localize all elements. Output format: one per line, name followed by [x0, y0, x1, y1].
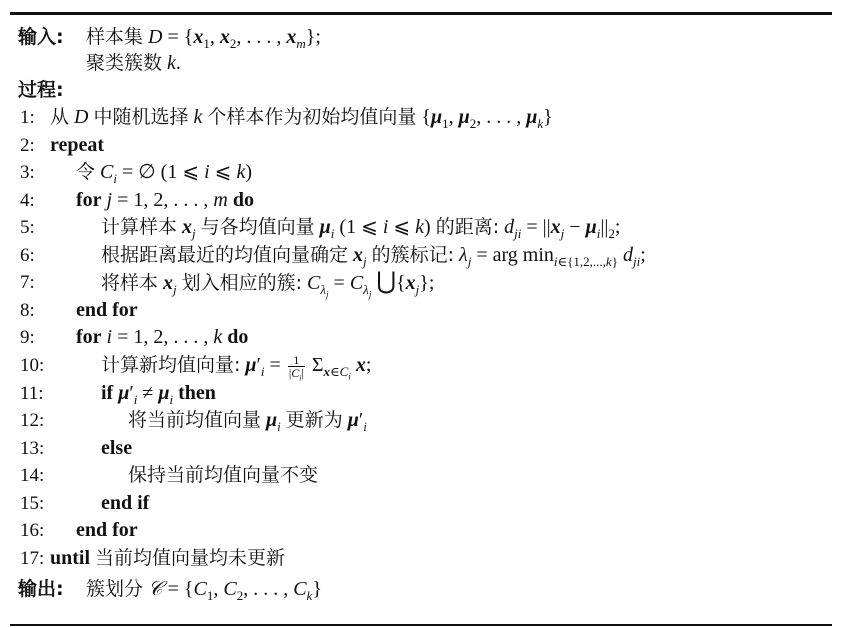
input-line-1: 输入: 样本集 D = {x1, x2, . . . , xm}; — [0, 24, 845, 51]
line-number: 16: — [20, 517, 44, 544]
line-number: 7: — [20, 269, 44, 296]
algo-line-17: 17: until 当前均值向量均未更新 — [0, 545, 845, 572]
input-label: 输入: — [18, 24, 64, 51]
top-rule — [10, 12, 832, 15]
line-number: 9: — [20, 324, 44, 351]
line-number: 6: — [20, 242, 44, 269]
line-number: 1: — [20, 104, 44, 131]
line-content: 计算样本 xj 与各均值向量 μi (1 ⩽ i ⩽ k) 的距离: dji =… — [101, 214, 620, 241]
line-number: 14: — [20, 462, 44, 489]
line-content: 计算新均值向量: μ′i = 1|Ci| Σx∈Ci x; — [101, 352, 371, 379]
line-content: 将当前均值向量 μi 更新为 μ′i — [128, 407, 367, 434]
line-number: 17: — [20, 545, 44, 572]
input-k: 聚类簇数 k. — [86, 50, 181, 77]
algo-line-11: 11: if μ′i ≠ μi then — [0, 380, 845, 407]
algo-line-4: 4: for j = 1, 2, . . . , m do — [0, 187, 845, 214]
algo-line-14: 14: 保持当前均值向量不变 — [0, 462, 845, 489]
algo-line-2: 2: repeat — [0, 132, 845, 159]
keyword-repeat: repeat — [50, 132, 104, 159]
algo-line-8: 8: end for — [0, 297, 845, 324]
process-label: 过程: — [18, 77, 64, 104]
bottom-rule — [10, 624, 832, 626]
line-number: 8: — [20, 297, 44, 324]
algo-line-7: 7: 将样本 xj 划入相应的簇: Cλj = Cλj ⋃{xj}; — [0, 269, 845, 296]
line-number: 10: — [20, 352, 44, 379]
algo-line-6: 6: 根据距离最近的均值向量确定 xj 的簇标记: λj = arg mini∈… — [0, 242, 845, 269]
line-content: for j = 1, 2, . . . , m do — [76, 187, 254, 214]
algo-line-5: 5: 计算样本 xj 与各均值向量 μi (1 ⩽ i ⩽ k) 的距离: dj… — [0, 214, 845, 241]
algo-line-3: 3: 令 Ci = ∅ (1 ⩽ i ⩽ k) — [0, 159, 845, 186]
algo-line-1: 1: 从 D 中随机选择 k 个样本作为初始均值向量 {μ1, μ2, . . … — [0, 104, 845, 131]
line-content: if μ′i ≠ μi then — [101, 380, 216, 407]
line-content: 令 Ci = ∅ (1 ⩽ i ⩽ k) — [76, 159, 252, 186]
line-content: for i = 1, 2, . . . , k do — [76, 324, 248, 351]
algo-line-15: 15: end if — [0, 490, 845, 517]
line-content: 保持当前均值向量不变 — [128, 462, 318, 489]
algo-line-12: 12: 将当前均值向量 μi 更新为 μ′i — [0, 407, 845, 434]
algo-line-13: 13: else — [0, 435, 845, 462]
algo-line-9: 9: for i = 1, 2, . . . , k do — [0, 324, 845, 351]
output-line: 输出: 簇划分 𝒞 = {C1, C2, . . . , Ck} — [0, 576, 845, 603]
input-dataset: 样本集 D = {x1, x2, . . . , xm}; — [86, 24, 321, 51]
line-number: 3: — [20, 159, 44, 186]
keyword-end-for: end for — [76, 297, 138, 324]
process-line: 过程: — [0, 77, 845, 104]
line-number: 13: — [20, 435, 44, 462]
algo-line-16: 16: end for — [0, 517, 845, 544]
algo-line-10: 10: 计算新均值向量: μ′i = 1|Ci| Σx∈Ci x; — [0, 352, 845, 379]
line-number: 2: — [20, 132, 44, 159]
keyword-end-for: end for — [76, 517, 138, 544]
keyword-else: else — [101, 435, 132, 462]
line-content: 根据距离最近的均值向量确定 xj 的簇标记: λj = arg mini∈{1,… — [101, 242, 646, 269]
line-number: 5: — [20, 214, 44, 241]
keyword-end-if: end if — [101, 490, 149, 517]
output-clusters: 簇划分 𝒞 = {C1, C2, . . . , Ck} — [86, 576, 322, 603]
line-number: 11: — [20, 380, 44, 407]
line-number: 15: — [20, 490, 44, 517]
output-label: 输出: — [18, 576, 64, 603]
input-line-2: 聚类簇数 k. — [0, 50, 845, 77]
line-number: 4: — [20, 187, 44, 214]
line-number: 12: — [20, 407, 44, 434]
line-content: 从 D 中随机选择 k 个样本作为初始均值向量 {μ1, μ2, . . . ,… — [50, 104, 553, 131]
line-content: 将样本 xj 划入相应的簇: Cλj = Cλj ⋃{xj}; — [101, 269, 434, 297]
line-content: until 当前均值向量均未更新 — [50, 545, 285, 572]
